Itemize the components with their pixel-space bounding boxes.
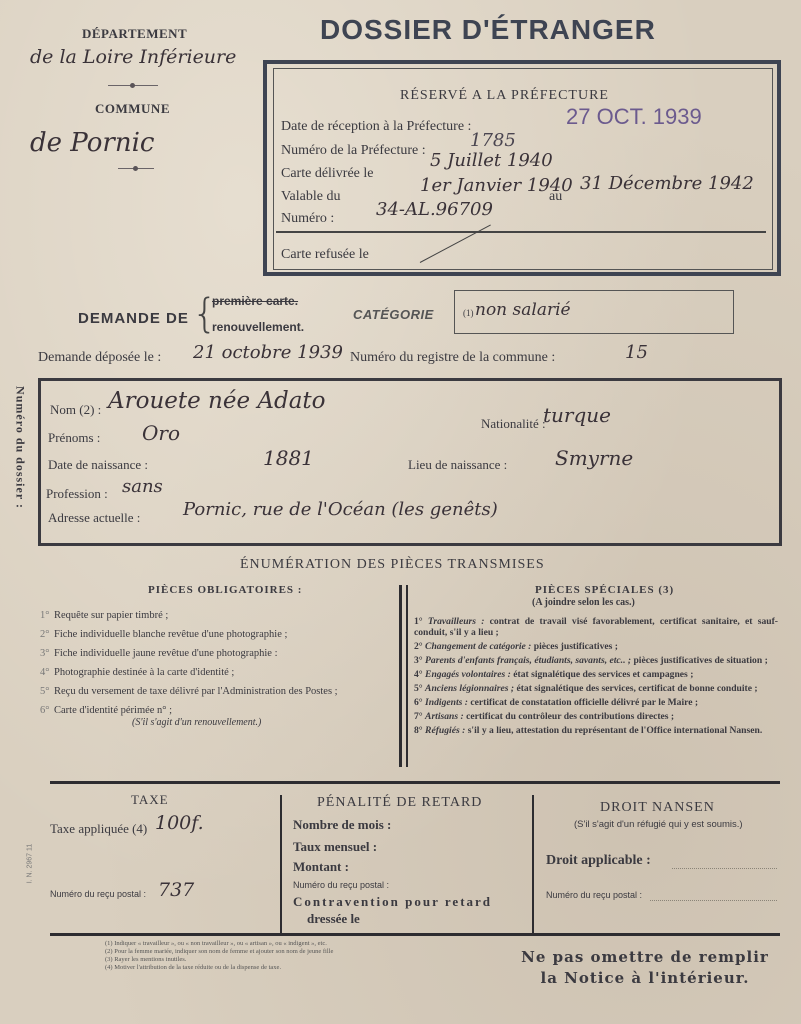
demande-deposee-value: 21 octobre 1939 [193,342,343,363]
penalite-title: PÉNALITÉ DE RETARD [317,795,482,811]
adresse-value: Pornic, rue de l'Océan (les genêts) [183,499,498,520]
pieces-speciales-subtitle: (A joindre selon les cas.) [532,597,635,608]
piece-speciale-item: 5° Anciens légionnaires ; état signaléti… [414,683,778,694]
demande-deposee-label: Demande déposée le : [38,350,161,366]
item-text: certificat de constatation officielle dé… [470,697,698,708]
registre-value: 15 [625,342,648,363]
departement-label: DÉPARTEMENT [82,26,187,42]
item-heading: Travailleurs : [428,616,490,627]
nom-label: Nom (2) : [50,402,101,418]
prefecture-separator [276,231,766,233]
taux-mensuel-label: Taux mensuel : [293,839,377,855]
double-vertical-rule [399,585,408,767]
prenoms-label: Prénoms : [48,430,100,446]
droit-applicable-label: Droit applicable : [546,853,651,869]
piece-obligatoire-item: 4°Photographie destinée à la carte d'ide… [40,663,380,682]
valid-to-label: au [549,189,562,205]
card-number-label: Numéro : [281,211,334,227]
footnote: (4) Motiver l'attribution de la taxe réd… [105,964,465,972]
montant-label: Montant : [293,859,349,875]
item-heading: Réfugiés : [425,725,468,736]
prefecture-number-value: 1785 [470,130,516,151]
nansen-subtitle: (S'il s'agit d'un réfugié qui y est soum… [574,819,743,830]
taxe-appliquee-value: 100f. [155,812,204,834]
item-heading: Artisans : [425,711,466,722]
enumeration-title: ÉNUMÉRATION DES PIÈCES TRANSMISES [240,557,545,573]
item-number: 5° [414,683,425,694]
piece-speciale-item: 8° Réfugiés : s'il y a lieu, attestation… [414,725,778,736]
item-text: état signalétique des services et campag… [513,669,693,680]
item-number: 5° [40,682,54,701]
pieces-obligatoires-list: 1°Requête sur papier timbré ;2°Fiche ind… [40,606,380,720]
item-number: 6° [414,697,425,708]
nom-value: Arouete née Adato [108,388,326,414]
departement-value: de la Loire Inférieure [30,46,236,68]
pieces-obligatoires-title: PIÈCES OBLIGATOIRES : [148,584,302,596]
dossier-number-side-label: Numéro du dossier : [13,368,28,528]
piece-obligatoire-item: 1°Requête sur papier timbré ; [40,606,380,625]
option-premiere-carte: première carte. [212,294,298,308]
item-text: Carte d'identité périmée n° ; [54,705,172,716]
categorie-footnote-ref: (1) [463,308,474,318]
date-naissance-value: 1881 [263,446,314,470]
item-text: état signalétique des services, certific… [516,683,757,694]
section-rule [50,933,780,936]
piece-speciale-item: 7° Artisans : certificat du contrôleur d… [414,711,778,722]
taxe-recu-value: 737 [158,879,194,901]
item-text: s'il y a lieu, attestation du représenta… [468,725,763,736]
printer-mark: I. N. 2967 11 [26,844,33,884]
item-heading: Changement de catégorie : [425,641,534,652]
section-rule [50,781,780,784]
item-number: 2° [40,625,54,644]
taxe-appliquee-label: Taxe appliquée (4) [50,821,147,837]
piece-speciale-item: 1° Travailleurs : contrat de travail vis… [414,616,778,638]
categorie-label: CATÉGORIE [353,307,434,322]
item-text: Requête sur papier timbré ; [54,610,168,621]
nansen-recu-line [650,900,777,901]
card-number-value: 34-AL.96709 [376,199,493,220]
pieces-speciales-list: 1° Travailleurs : contrat de travail vis… [414,616,778,739]
column-divider [532,795,534,933]
piece-obligatoire-item: 2°Fiche individuelle blanche revêtue d'u… [40,625,380,644]
card-refused-label: Carte refusée le [281,247,369,263]
prenoms-value: Oro [142,421,180,445]
adresse-label: Adresse actuelle : [48,510,140,526]
lieu-naissance-label: Lieu de naissance : [408,457,507,473]
demande-label: DEMANDE DE [78,310,189,327]
ornament-divider [118,168,154,169]
commune-value: de Pornic [30,128,154,158]
profession-label: Profession : [46,486,108,502]
footnotes: (1) Indiquer « travailleur », ou « non t… [105,940,465,972]
footnote: (1) Indiquer « travailleur », ou « non t… [105,940,465,948]
item-number: 3° [414,655,425,666]
nationalite-value: turque [543,403,611,427]
contravention-label: Contravention pour retard [293,894,492,910]
notice-line: la Notice à l'intérieur. [500,968,790,989]
item-heading: Parents d'enfants français, étudiants, s… [425,655,633,666]
date-naissance-label: Date de naissance : [48,457,148,473]
item-text: Fiche individuelle blanche revêtue d'une… [54,629,287,640]
valid-from-label: Valable du [281,189,340,205]
card-issued-value: 5 Juillet 1940 [430,150,553,171]
ornament-divider [108,85,158,86]
card-issued-label: Carte délivrée le [281,166,374,182]
nationalite-label: Nationalité : [481,416,546,432]
pieces-obligatoires-note: (S'il s'agit d'un renouvellement.) [132,717,261,728]
document-title: DOSSIER D'ÉTRANGER [320,14,656,46]
profession-value: sans [122,476,163,497]
commune-label: COMMUNE [95,101,170,117]
nansen-recu-label: Numéro du reçu postal : [546,890,642,900]
piece-speciale-item: 4° Engagés volontaires : état signalétiq… [414,669,778,680]
penalite-recu-label: Numéro du reçu postal : [293,880,389,890]
registre-label: Numéro du registre de la commune : [350,350,555,366]
piece-speciale-item: 6° Indigents : certificat de constatatio… [414,697,778,708]
item-number: 3° [40,644,54,663]
reception-date-label: Date de réception à la Préfecture : [281,119,471,135]
item-text: Reçu du versement de taxe délivré par l'… [54,686,338,697]
item-text: pièces justificatives de situation ; [633,655,767,666]
item-number: 4° [40,663,54,682]
item-number: 1° [414,616,428,627]
prefecture-title: RÉSERVÉ A LA PRÉFECTURE [400,88,609,104]
prefecture-number-label: Numéro de la Préfecture : [281,143,426,159]
valid-to-value: 31 Décembre 1942 [580,173,754,194]
item-text: certificat du contrôleur des contributio… [466,711,674,722]
column-divider [280,795,282,933]
notice-reminder: Ne pas omettre de remplir la Notice à l'… [500,947,790,989]
option-renouvellement: renouvellement. [212,320,304,334]
nombre-mois-label: Nombre de mois : [293,817,391,833]
item-heading: Anciens légionnaires ; [425,683,516,694]
nansen-title: DROIT NANSEN [600,800,715,816]
item-text: pièces justificatives ; [534,641,618,652]
footnote: (2) Pour la femme mariée, indiquer son n… [105,948,465,956]
item-number: 4° [414,669,425,680]
item-heading: Engagés volontaires : [425,669,513,680]
item-text: Fiche individuelle jaune revêtue d'une p… [54,648,278,659]
droit-applicable-line [672,868,777,869]
pieces-speciales-title: PIÈCES SPÉCIALES (3) [535,584,674,596]
piece-obligatoire-item: 3°Fiche individuelle jaune revêtue d'une… [40,644,380,663]
notice-line: Ne pas omettre de remplir [500,947,790,968]
taxe-title: TAXE [131,792,169,808]
dressee-label: dressée le [307,911,360,927]
footnote: (3) Rayer les mentions inutiles. [105,956,465,964]
item-number: 8° [414,725,425,736]
categorie-value: non salarié [475,300,571,320]
item-heading: Indigents : [425,697,470,708]
piece-obligatoire-item: 5°Reçu du versement de taxe délivré par … [40,682,380,701]
reception-date-stamp: 27 OCT. 1939 [566,104,702,130]
item-number: 2° [414,641,425,652]
piece-speciale-item: 2° Changement de catégorie : pièces just… [414,641,778,652]
item-number: 6° [40,701,54,720]
lieu-naissance-value: Smyrne [555,446,633,470]
item-text: Photographie destinée à la carte d'ident… [54,667,234,678]
item-number: 1° [40,606,54,625]
piece-speciale-item: 3° Parents d'enfants français, étudiants… [414,655,778,666]
item-number: 7° [414,711,425,722]
taxe-recu-label: Numéro du reçu postal : [50,889,146,899]
